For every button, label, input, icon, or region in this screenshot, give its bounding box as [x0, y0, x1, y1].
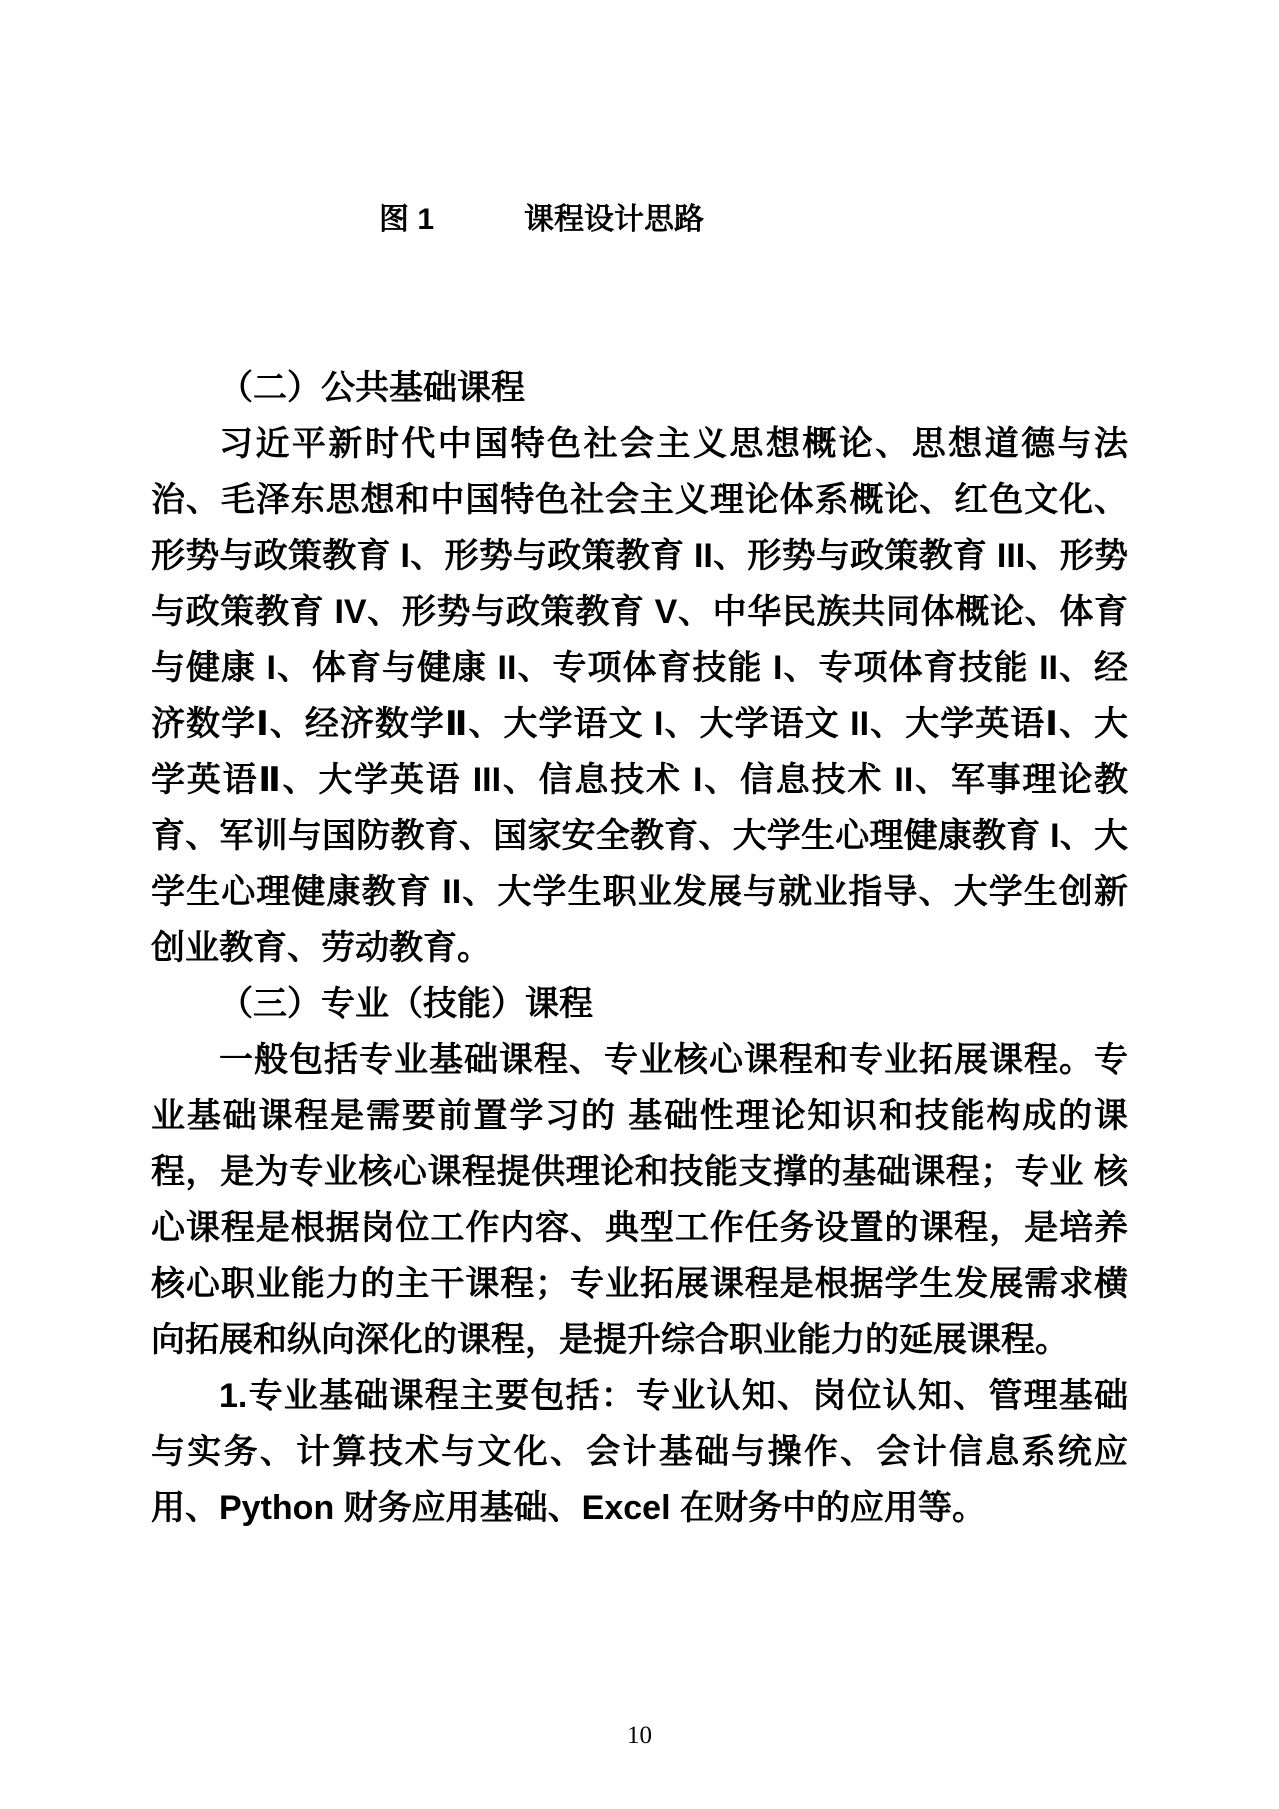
page-number: 10 [0, 1722, 1279, 1750]
section-heading-public-basic-courses: （二）公共基础课程 [151, 360, 1128, 416]
document-body: （二）公共基础课程 习近平新时代中国特色社会主义思想概论、思想道德与法治、毛泽东… [151, 360, 1128, 1536]
paragraph-professional-basic-course-list: 1.专业基础课程主要包括：专业认知、岗位认知、管理基础与实务、计算技术与文化、会… [151, 1368, 1128, 1536]
paragraph-public-basic-courses: 习近平新时代中国特色社会主义思想概论、思想道德与法治、毛泽东思想和中国特色社会主… [151, 416, 1128, 976]
figure-caption: 图 1课程设计思路 [151, 192, 1128, 248]
figure-caption-label: 图 1 [379, 203, 434, 236]
paragraph-professional-courses-overview: 一般包括专业基础课程、专业核心课程和专业拓展课程。专业基础课程是需要前置学习的 … [151, 1032, 1128, 1368]
section-heading-professional-skill-courses: （三）专业（技能）课程 [151, 976, 1128, 1032]
figure-caption-title: 课程设计思路 [524, 203, 704, 236]
text-block: 图 1课程设计思路 （二）公共基础课程 习近平新时代中国特色社会主义思想概论、思… [0, 0, 1279, 1536]
document-page: 图 1课程设计思路 （二）公共基础课程 习近平新时代中国特色社会主义思想概论、思… [0, 0, 1279, 1809]
